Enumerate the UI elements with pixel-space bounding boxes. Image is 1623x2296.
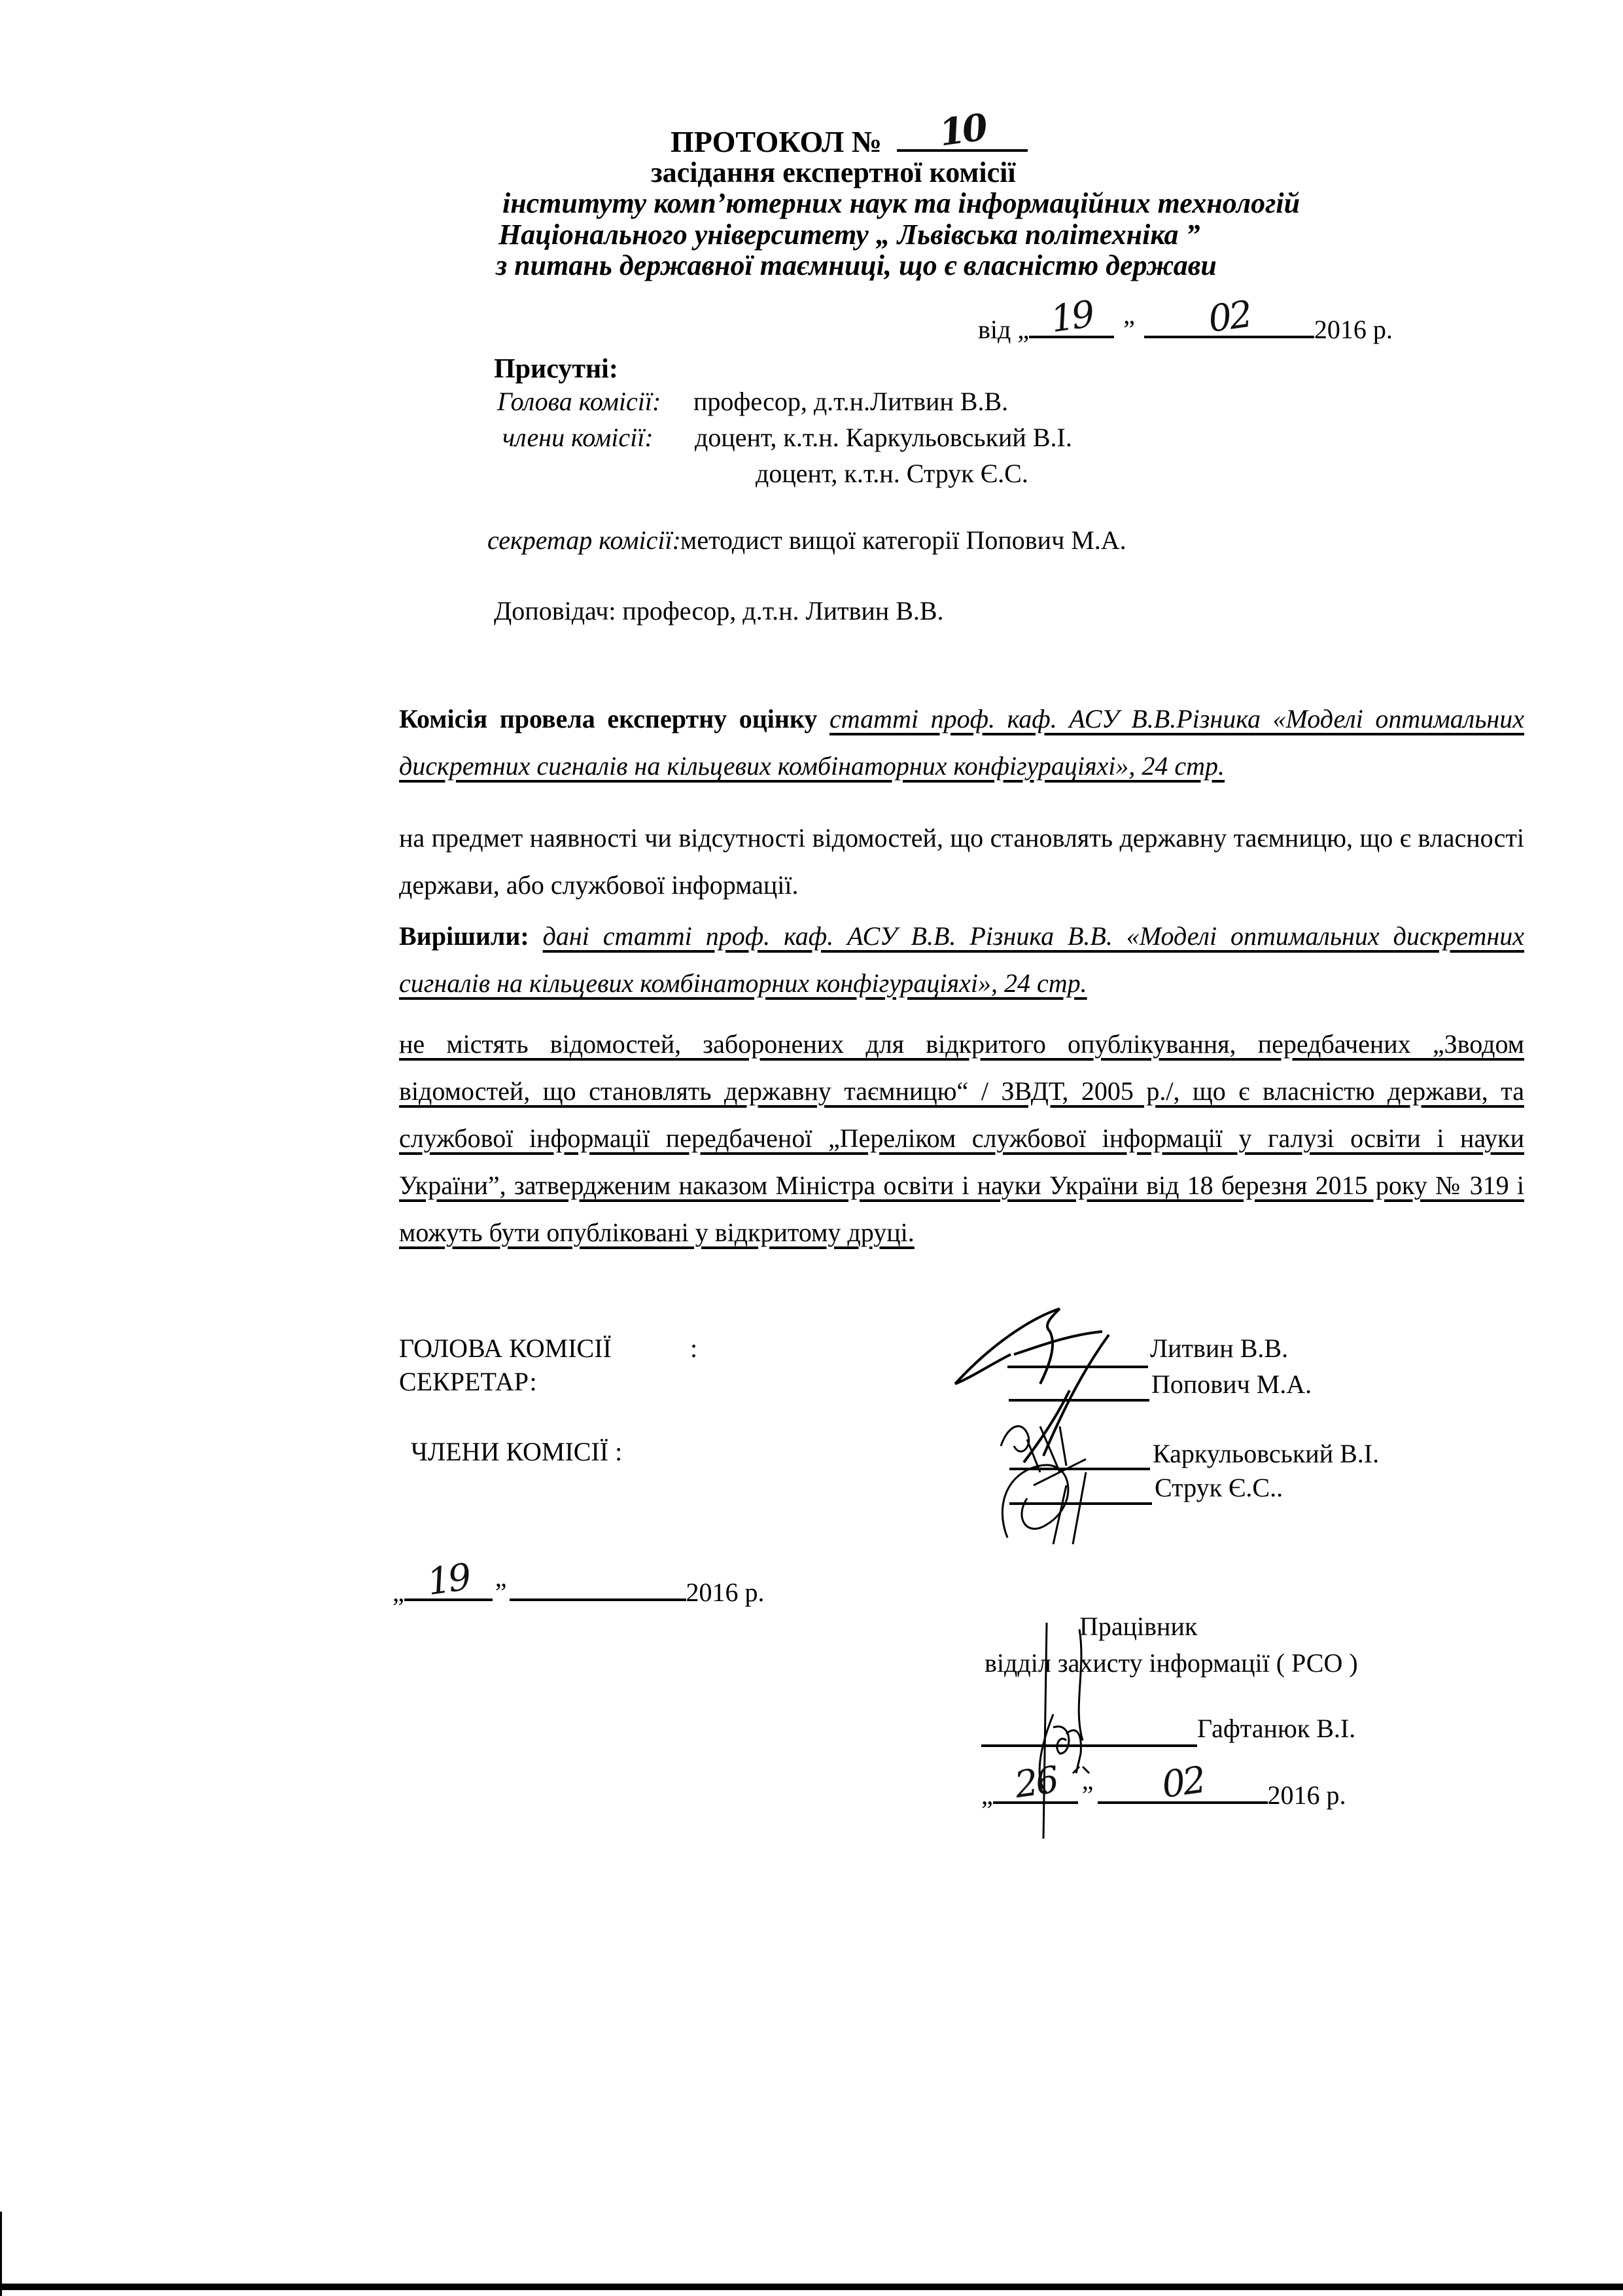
rso-date-mid: ”	[1082, 1780, 1094, 1810]
rso-date: „26”022016 р.	[981, 1780, 1346, 1810]
sig-member-2-name: Струк Є.С..	[1155, 1472, 1283, 1503]
sig-secretary-name: Попович М.А.	[1151, 1369, 1312, 1400]
rso-name: Гафтанюк В.І.	[1197, 1713, 1355, 1744]
sig-secretary-label: СЕКРЕТАР:	[399, 1366, 537, 1397]
decision-article: дані статті проф. каф. АСУ В.В. Різника …	[399, 921, 1524, 998]
header-line-2: інституту комп’ютерних наук та інформаці…	[502, 186, 1300, 220]
rso-date-prefix: „	[981, 1780, 993, 1810]
footer-date-prefix: „	[393, 1578, 404, 1607]
paragraph-subject: на предмет наявності чи відсутності відо…	[399, 815, 1524, 909]
protocol-number-field: 10	[897, 130, 1028, 152]
date-suffix: 2016 р.	[1314, 315, 1393, 344]
chair-value: професор, д.т.н.Литвин В.В.	[693, 386, 1008, 417]
footer-month-field	[510, 1579, 686, 1601]
date-day-handwritten: 19	[1048, 293, 1095, 341]
rso-month-field: 02	[1098, 1782, 1268, 1804]
sig-chair-colon: :	[690, 1333, 697, 1364]
sig-chair-label: ГОЛОВА КОМІСІЇ	[399, 1333, 612, 1364]
sig-members-label: ЧЛЕНИ КОМІСІЇ :	[411, 1436, 622, 1467]
evaluation-lead: Комісія провела експертну оцінку	[399, 704, 817, 733]
date-mid: ”	[1123, 315, 1135, 344]
footer-date-suffix: 2016 р.	[686, 1578, 765, 1607]
rso-day-field: 26	[993, 1782, 1078, 1804]
footer-day-handwritten: 19	[425, 1556, 472, 1604]
signature-rso-icon	[1034, 1616, 1132, 1852]
members-label: члени комісії:	[502, 422, 654, 453]
secretary-value: методист вищої категорії Попович М.А.	[680, 525, 1126, 556]
header-line-4: з питань державної таємниці, що є власні…	[496, 249, 1217, 282]
signature-members-icon	[968, 1407, 1151, 1551]
member-2-value: доцент, к.т.н. Струк Є.С.	[756, 458, 1028, 489]
footer-date: „19”2016 р.	[393, 1577, 765, 1608]
secretary-label: секретар комісії:	[487, 525, 681, 556]
footer-date-mid: ”	[495, 1578, 507, 1607]
sig-chair-name: Литвин В.В.	[1150, 1333, 1288, 1364]
protocol-number-handwritten: 10	[937, 105, 988, 154]
scan-bottom-border	[0, 2284, 1623, 2290]
date-prefix: від „	[978, 315, 1029, 344]
date-month-handwritten: 02	[1206, 293, 1253, 341]
member-1-value: доцент, к.т.н. Каркульовський В.І.	[695, 422, 1072, 453]
protocol-date: від „19”022016 р.	[978, 314, 1393, 345]
rso-date-suffix: 2016 р.	[1268, 1780, 1346, 1810]
date-month-field: 02	[1144, 316, 1314, 338]
paragraph-decision: Вирішили: дані статті проф. каф. АСУ В.В…	[399, 913, 1524, 1007]
title-prefix: ПРОТОКОЛ №	[671, 125, 882, 158]
attendees-heading: Присутні:	[494, 353, 618, 385]
decision-lead: Вирішили:	[399, 921, 529, 951]
speaker-line: Доповідач: професор, д.т.н. Литвин В.В.	[494, 595, 944, 626]
rso-month-handwritten: 02	[1159, 1759, 1206, 1807]
rso-day-handwritten: 26	[1012, 1759, 1059, 1807]
sig-member-1-name: Каркульовський В.І.	[1153, 1438, 1379, 1469]
paragraph-conclusion: не містять відомостей, заборонених для в…	[399, 1021, 1524, 1256]
header-line-1: засідання експертної комісії	[651, 156, 1016, 189]
date-day-field: 19	[1029, 316, 1114, 338]
protocol-title: ПРОТОКОЛ № 10	[671, 124, 1028, 159]
paragraph-evaluation: Комісія провела експертну оцінку статті …	[399, 696, 1524, 790]
header-line-3: Національного університету „ Львівська п…	[498, 218, 1200, 251]
footer-day-field: 19	[404, 1579, 493, 1601]
chair-label: Голова комісії:	[497, 386, 661, 417]
